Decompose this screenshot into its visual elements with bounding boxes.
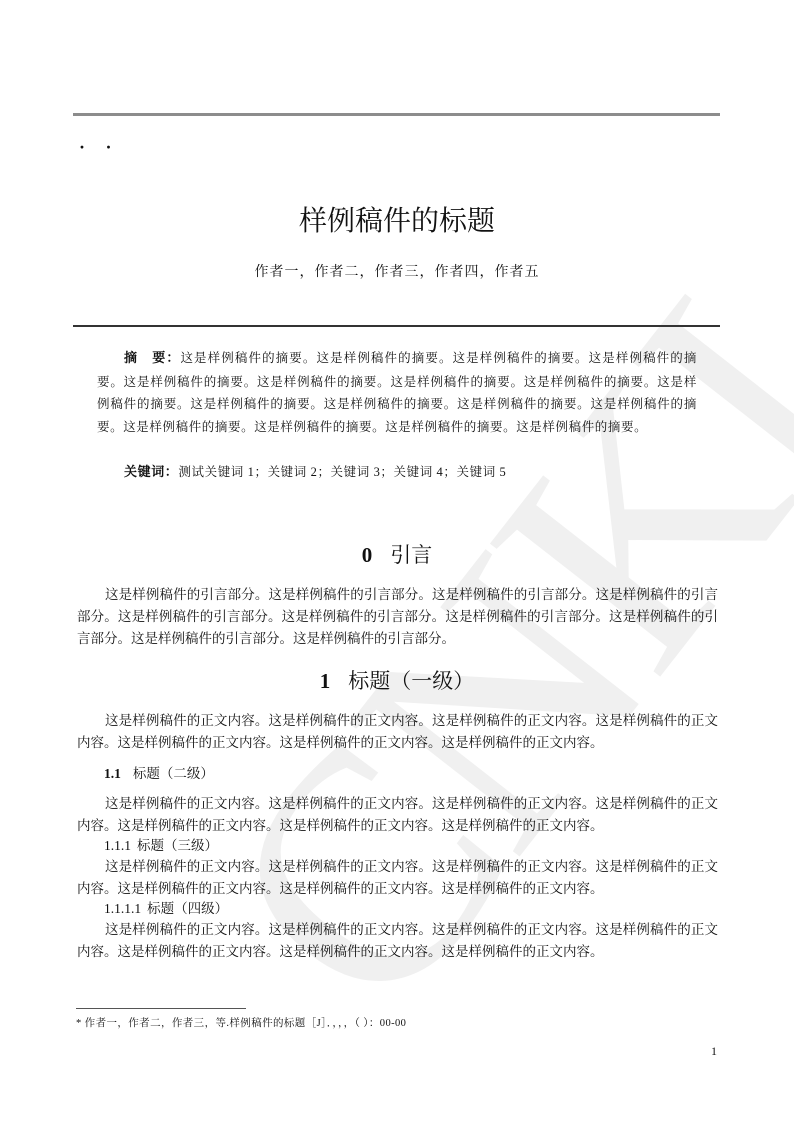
header-journal-info: · · bbox=[79, 138, 120, 156]
section-heading-1-1-1: 1.1.1标题（三级） bbox=[104, 836, 218, 856]
section-heading-1-1-1-1: 1.1.1.1标题（四级） bbox=[104, 899, 228, 919]
footnote-divider bbox=[76, 1008, 246, 1009]
section-1-1-1-paragraph: 这是样例稿件的正文内容。这是样例稿件的正文内容。这是样例稿件的正文内容。这是样例… bbox=[77, 856, 718, 900]
section-heading-1: 1标题（一级） bbox=[0, 666, 794, 696]
section-number: 1 bbox=[320, 669, 331, 693]
section-1-1-paragraph: 这是样例稿件的正文内容。这是样例稿件的正文内容。这是样例稿件的正文内容。这是样例… bbox=[77, 793, 718, 837]
section-1-paragraph: 这是样例稿件的正文内容。这是样例稿件的正文内容。这是样例稿件的正文内容。这是样例… bbox=[77, 710, 718, 754]
section-1-1-1-1-paragraph: 这是样例稿件的正文内容。这是样例稿件的正文内容。这是样例稿件的正文内容。这是样例… bbox=[77, 919, 718, 963]
abstract-label: 摘 要： bbox=[124, 351, 180, 366]
section-title: 标题（三级） bbox=[137, 838, 218, 853]
section-number: 1.1 bbox=[104, 766, 121, 781]
section-heading-intro: 0引言 bbox=[0, 540, 794, 570]
paper-title: 样例稿件的标题 bbox=[0, 201, 794, 241]
section-number: 0 bbox=[362, 543, 373, 567]
abstract: 摘 要：这是样例稿件的摘要。这是样例稿件的摘要。这是样例稿件的摘要。这是样例稿件… bbox=[97, 347, 697, 438]
abstract-divider bbox=[73, 325, 720, 327]
header-rule bbox=[73, 113, 720, 116]
citation-footnote: * 作者一，作者二，作者三，等.样例稿件的标题［J］．，，，（ ）：00-00 bbox=[76, 1016, 406, 1032]
section-title: 标题（一级） bbox=[348, 669, 474, 693]
section-title: 引言 bbox=[390, 543, 432, 567]
section-number: 1.1.1 bbox=[104, 838, 131, 853]
keywords-text: 测试关键词 1；关键词 2；关键词 3；关键词 4；关键词 5 bbox=[178, 465, 506, 479]
section-heading-1-1: 1.1标题（二级） bbox=[104, 764, 214, 784]
abstract-text: 这是样例稿件的摘要。这是样例稿件的摘要。这是样例稿件的摘要。这是样例稿件的摘要。… bbox=[97, 351, 697, 434]
intro-paragraph: 这是样例稿件的引言部分。这是样例稿件的引言部分。这是样例稿件的引言部分。这是样例… bbox=[77, 584, 718, 650]
author-list: 作者一，作者二，作者三，作者四，作者五 bbox=[0, 262, 794, 284]
keywords: 关键词：测试关键词 1；关键词 2；关键词 3；关键词 4；关键词 5 bbox=[124, 462, 506, 483]
section-title: 标题（二级） bbox=[133, 766, 214, 782]
section-title: 标题（四级） bbox=[147, 901, 228, 916]
page-number: 1 bbox=[711, 1043, 717, 1059]
keywords-label: 关键词： bbox=[124, 465, 178, 480]
section-number: 1.1.1.1 bbox=[104, 901, 141, 916]
